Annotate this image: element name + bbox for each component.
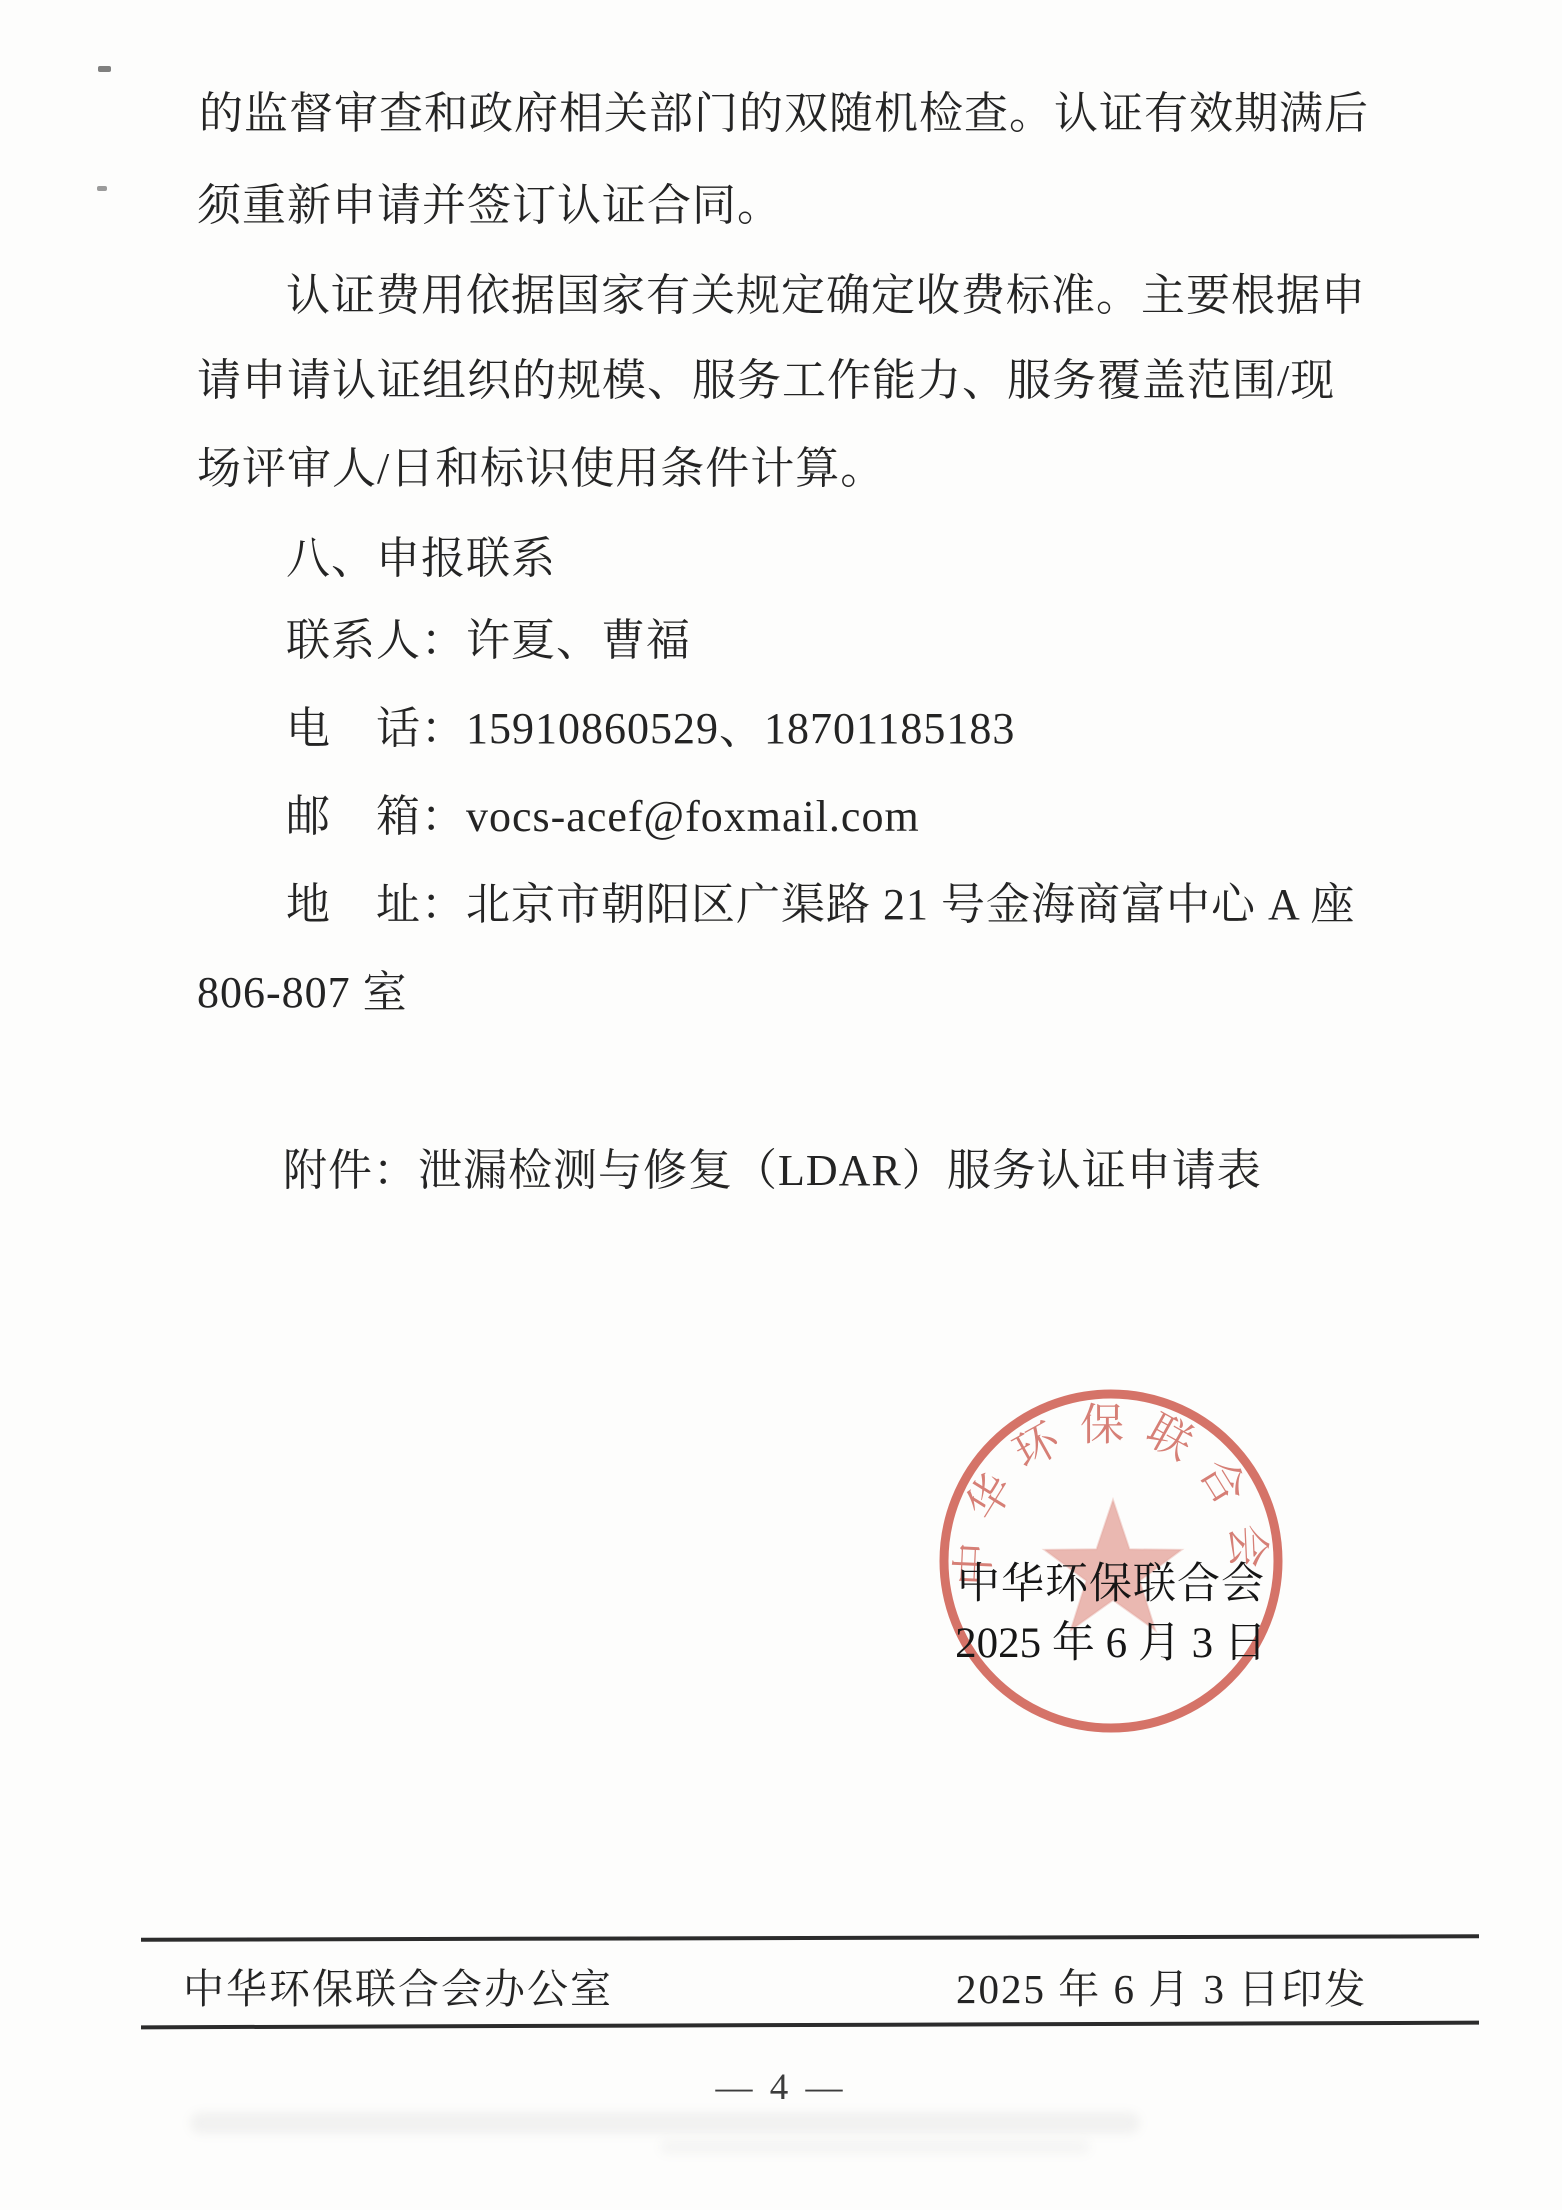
bleed-through-artifact — [190, 2112, 1140, 2134]
body-line-3: 认证费用依据国家有关规定确定收费标准。主要根据申 — [286, 270, 1366, 322]
seal-date: 2025 年 6 月 3 日 — [931, 1609, 1291, 1670]
body-line-5: 场评审人/日和标识使用条件计算。 — [197, 443, 885, 495]
page-number: — 4 — — [0, 2066, 1562, 2109]
footer-rule-top — [141, 1934, 1479, 1942]
scan-speck — [98, 66, 111, 72]
footer-rule-bottom — [141, 2021, 1479, 2030]
body-line-1: 的监督审查和政府相关部门的双随机检查。认证有效期满后 — [199, 88, 1369, 140]
address-line-1: 地 址：北京市朝阳区广渠路 21 号金海商富中心 A 座 — [286, 879, 1355, 931]
scan-speck — [97, 186, 107, 191]
section-heading: 八、申报联系 — [286, 533, 556, 585]
seal-org-name: 中华环保联合会 — [931, 1550, 1291, 1611]
footer-issue-date: 2025 年 6 月 3 日印发 — [956, 1956, 1367, 2015]
email-line: 邮 箱：vocs-acef@foxmail.com — [286, 791, 920, 843]
phone-line: 电 话：15910860529、18701185183 — [286, 703, 1015, 755]
bleed-through-artifact — [660, 2140, 1090, 2154]
document-page: 的监督审查和政府相关部门的双随机检查。认证有效期满后 须重新申请并签订认证合同。… — [0, 0, 1562, 2210]
body-line-2: 须重新申请并签订认证合同。 — [197, 180, 782, 232]
body-line-4: 请申请认证组织的规模、服务工作能力、服务覆盖范围/现 — [197, 355, 1335, 407]
attachment-line: 附件：泄漏检测与修复（LDAR）服务认证申请表 — [283, 1145, 1262, 1197]
footer-office-name: 中华环保联合会办公室 — [183, 1956, 613, 2015]
address-line-2: 806-807 室 — [197, 967, 408, 1019]
contact-person-line: 联系人：许夏、曹福 — [286, 615, 691, 667]
